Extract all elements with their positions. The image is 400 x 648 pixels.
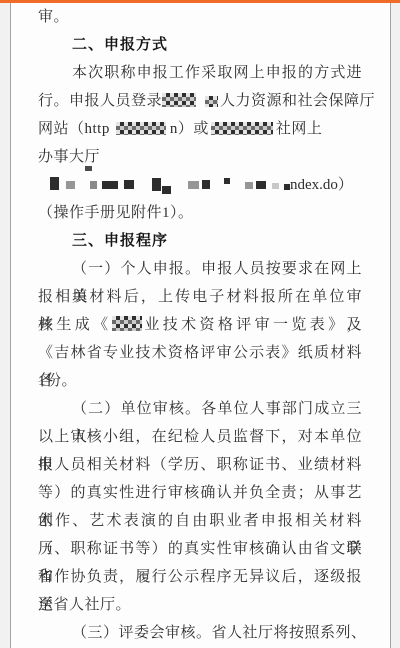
document-content: 审。 二、申报方式 本次职称申报工作采取网上申报的方式进 行。申报人员登录人力资… — [11, 3, 391, 647]
redaction-block — [66, 181, 75, 189]
doc-line: 至省人社厅。 — [38, 591, 362, 619]
doc-text: 业技术资格评审一览表》及 — [142, 317, 362, 333]
doc-text: 社网上 — [276, 121, 323, 137]
redaction-block — [50, 177, 59, 190]
doc-line: 创作、艺术表演的自由职业者申报相关材料（学 — [38, 507, 362, 535]
doc-line: （一）个人申报。申报人员按要求在网上填 — [38, 255, 362, 283]
doc-line: 报人员相关材料（学历、职称证书、业绩材料 — [38, 451, 362, 479]
doc-line: （操作手册见附件1）。 — [38, 199, 362, 227]
doc-line: 历、职称证书等）的真实性审核确认由省文联和 — [38, 535, 362, 563]
redaction-block — [224, 178, 230, 184]
doc-line: 并生成《业技术资格评审一览表》及 — [38, 311, 362, 339]
section-heading-2: 二、申报方式 — [38, 31, 362, 59]
redaction-block — [256, 181, 266, 189]
doc-line: 省作协负责，履行公示程序无异议后，逐级报送 — [38, 563, 362, 591]
redaction-mosaic — [205, 96, 218, 107]
doc-line: 1份。 — [38, 367, 362, 395]
redaction-block — [245, 182, 253, 189]
redaction-mosaic — [112, 316, 142, 331]
doc-text: 人力资源和社会保障厅 — [220, 93, 375, 109]
top-accent-bar — [0, 0, 400, 3]
section-heading-3: 三、申报程序 — [38, 227, 362, 255]
doc-line: 等）的真实性进行审核确认并负全责；从事艺术 — [38, 479, 362, 507]
redaction-block — [90, 181, 97, 189]
redaction-mosaic — [162, 93, 196, 107]
doc-text: 行。申报人员登录 — [38, 93, 162, 109]
redaction-mosaic — [211, 122, 273, 135]
doc-line: 办事大厅 — [38, 143, 362, 171]
doc-line: 行。申报人员登录人力资源和社会保障厅 — [38, 87, 362, 115]
doc-line: 报相关材料后，上传电子材料报所在单位审核， — [38, 283, 362, 311]
doc-line: （二）单位审核。各单位人事部门成立三人 — [38, 395, 362, 423]
doc-text: n）或 — [170, 121, 209, 137]
doc-line: 网站（httpn）或社网上 — [38, 115, 362, 143]
doc-line: 审。 — [38, 3, 362, 31]
doc-line: 本次职称申报工作采取网上申报的方式进 — [38, 59, 362, 87]
redaction-mosaic — [116, 122, 166, 135]
doc-text: 并生成《 — [38, 317, 112, 333]
doc-text: ndex.do） — [290, 177, 353, 193]
redaction-block — [272, 183, 279, 189]
doc-text: 网站（http — [38, 121, 110, 137]
doc-line: （三）评委会审核。省人社厅将按照系列、 — [38, 619, 362, 647]
redaction-block — [124, 180, 134, 189]
redaction-block — [202, 180, 210, 189]
redaction-block — [152, 178, 161, 191]
doc-line: 以上审核小组，在纪检人员监督下，对本单位申 — [38, 423, 362, 451]
doc-line-redacted-url: ndex.do） — [50, 171, 374, 199]
doc-line: 《吉林省专业技术资格评审公示表》纸质材料各 — [38, 339, 362, 367]
redaction-block — [102, 181, 118, 189]
doc-text: 办事大厅 — [38, 149, 100, 165]
redaction-block — [162, 186, 171, 194]
redaction-block — [188, 181, 199, 189]
